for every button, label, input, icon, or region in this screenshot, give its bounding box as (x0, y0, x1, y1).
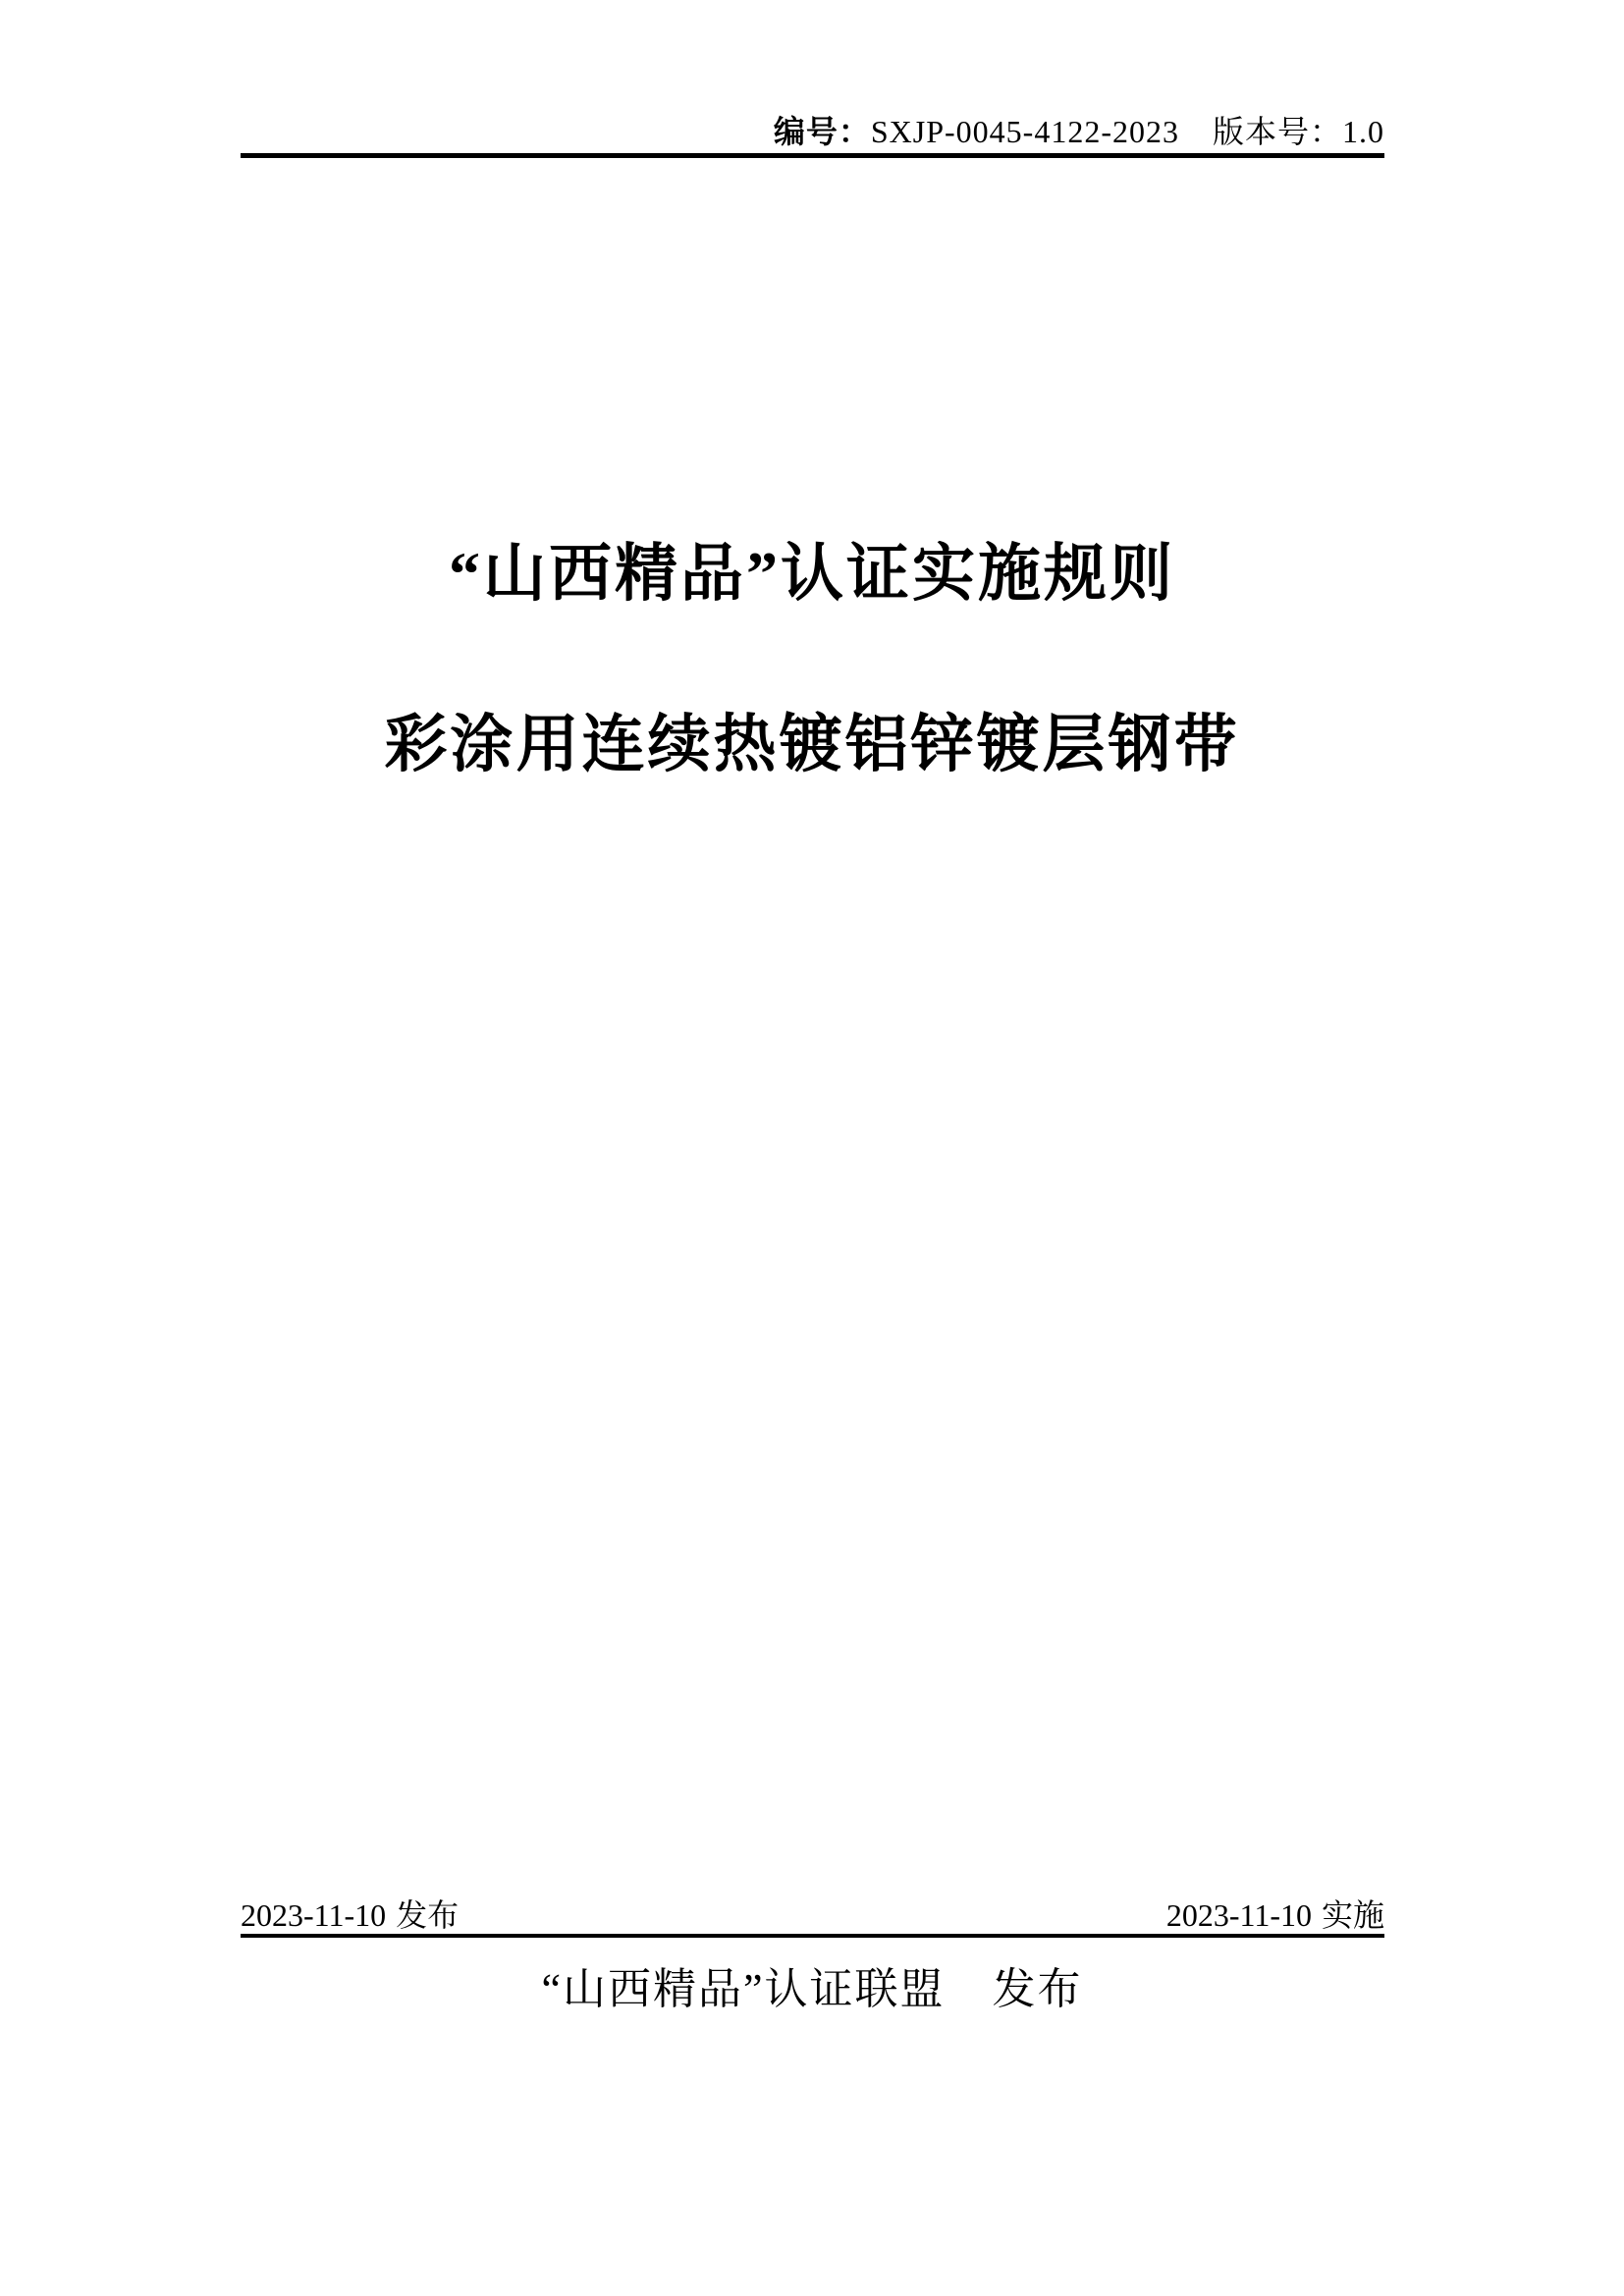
publisher-line: “山西精品”认证联盟发布 (0, 1965, 1624, 2015)
footer-rule-divider (241, 1934, 1384, 1938)
doc-version-value: 1.0 (1342, 114, 1384, 149)
publisher-action: 发布 (993, 1965, 1083, 2013)
document-title: “山西精品”认证实施规则 (0, 538, 1624, 611)
implement-date: 2023-11-10 (1166, 1897, 1312, 1933)
implement-date-group: 2023-11-10实施 (1166, 1898, 1384, 1933)
release-date-group: 2023-11-10发布 (241, 1898, 459, 1933)
header-rule-divider (241, 153, 1384, 158)
release-date-label: 发布 (396, 1897, 459, 1933)
doc-code-value: SXJP-0045-4122-2023 (871, 114, 1179, 149)
doc-version-label: 版本号： (1213, 114, 1342, 149)
doc-code-label: 编号： (774, 114, 871, 149)
footer-dates-row: 2023-11-10发布 2023-11-10实施 (241, 1898, 1384, 1933)
document-subtitle: 彩涂用连续热镀铝锌镀层钢带 (0, 709, 1624, 781)
release-date: 2023-11-10 (241, 1897, 386, 1933)
implement-date-label: 实施 (1322, 1897, 1384, 1933)
document-cover-page: 编号：SXJP-0045-4122-2023版本号：1.0 “山西精品”认证实施… (0, 0, 1624, 2296)
publisher-name: “山西精品”认证联盟 (541, 1965, 945, 2013)
document-header: 编号：SXJP-0045-4122-2023版本号：1.0 (774, 114, 1384, 150)
